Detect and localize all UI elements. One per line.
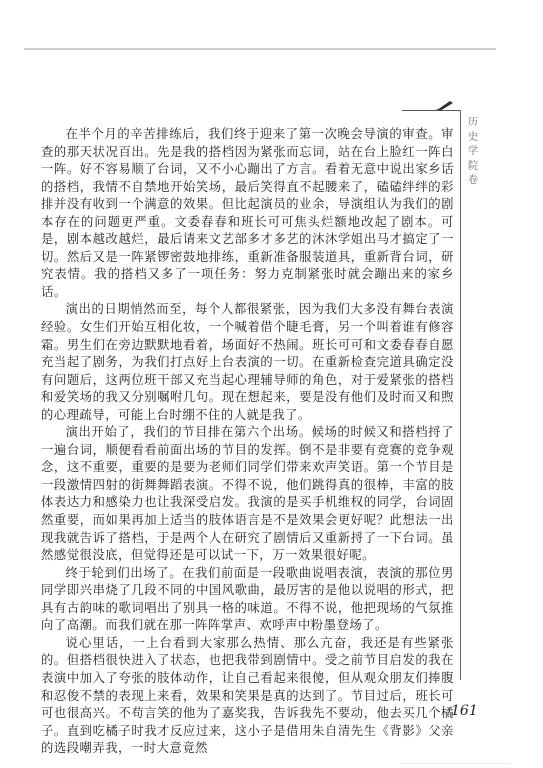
paragraph: 说心里话，一上台看到大家那么热情、那么亢奋，我还是有些紧张的。但搭档很快进入了状… bbox=[41, 635, 454, 758]
side-label-char: 历 bbox=[466, 116, 480, 131]
side-label-char: 院 bbox=[466, 160, 480, 175]
section-side-label: 历 史 学 院 卷 bbox=[466, 116, 480, 189]
paragraph: 终于轮到们出场了。在我们前面是一段歌曲说唱表演，表演的那位男同学即兴串烧了几段不… bbox=[41, 565, 454, 635]
paragraph: 演出开始了，我们的节目排在第六个出场。候场的时候又和搭档捋了一遍台词，顺便看看前… bbox=[41, 424, 454, 564]
page-number: 161 bbox=[451, 703, 478, 719]
footer-rule bbox=[400, 763, 510, 764]
side-tab-rule bbox=[402, 110, 461, 111]
paragraph: 演出的日期悄然而至，每个人都很紧张，因为我们大多没有舞台表演经验。女生们开始互相… bbox=[41, 301, 454, 424]
side-tab-vertical-rule bbox=[460, 110, 461, 680]
side-label-char: 学 bbox=[466, 145, 480, 160]
header-rule bbox=[24, 48, 496, 50]
article-body: 在半个月的辛苦排练后，我们终于迎来了第一次晚会导演的审查。审查的那天状况百出。先… bbox=[41, 126, 454, 758]
side-label-char: 卷 bbox=[466, 174, 480, 189]
side-label-char: 史 bbox=[466, 131, 480, 146]
paragraph: 在半个月的辛苦排练后，我们终于迎来了第一次晚会导演的审查。审查的那天状况百出。先… bbox=[41, 126, 454, 301]
